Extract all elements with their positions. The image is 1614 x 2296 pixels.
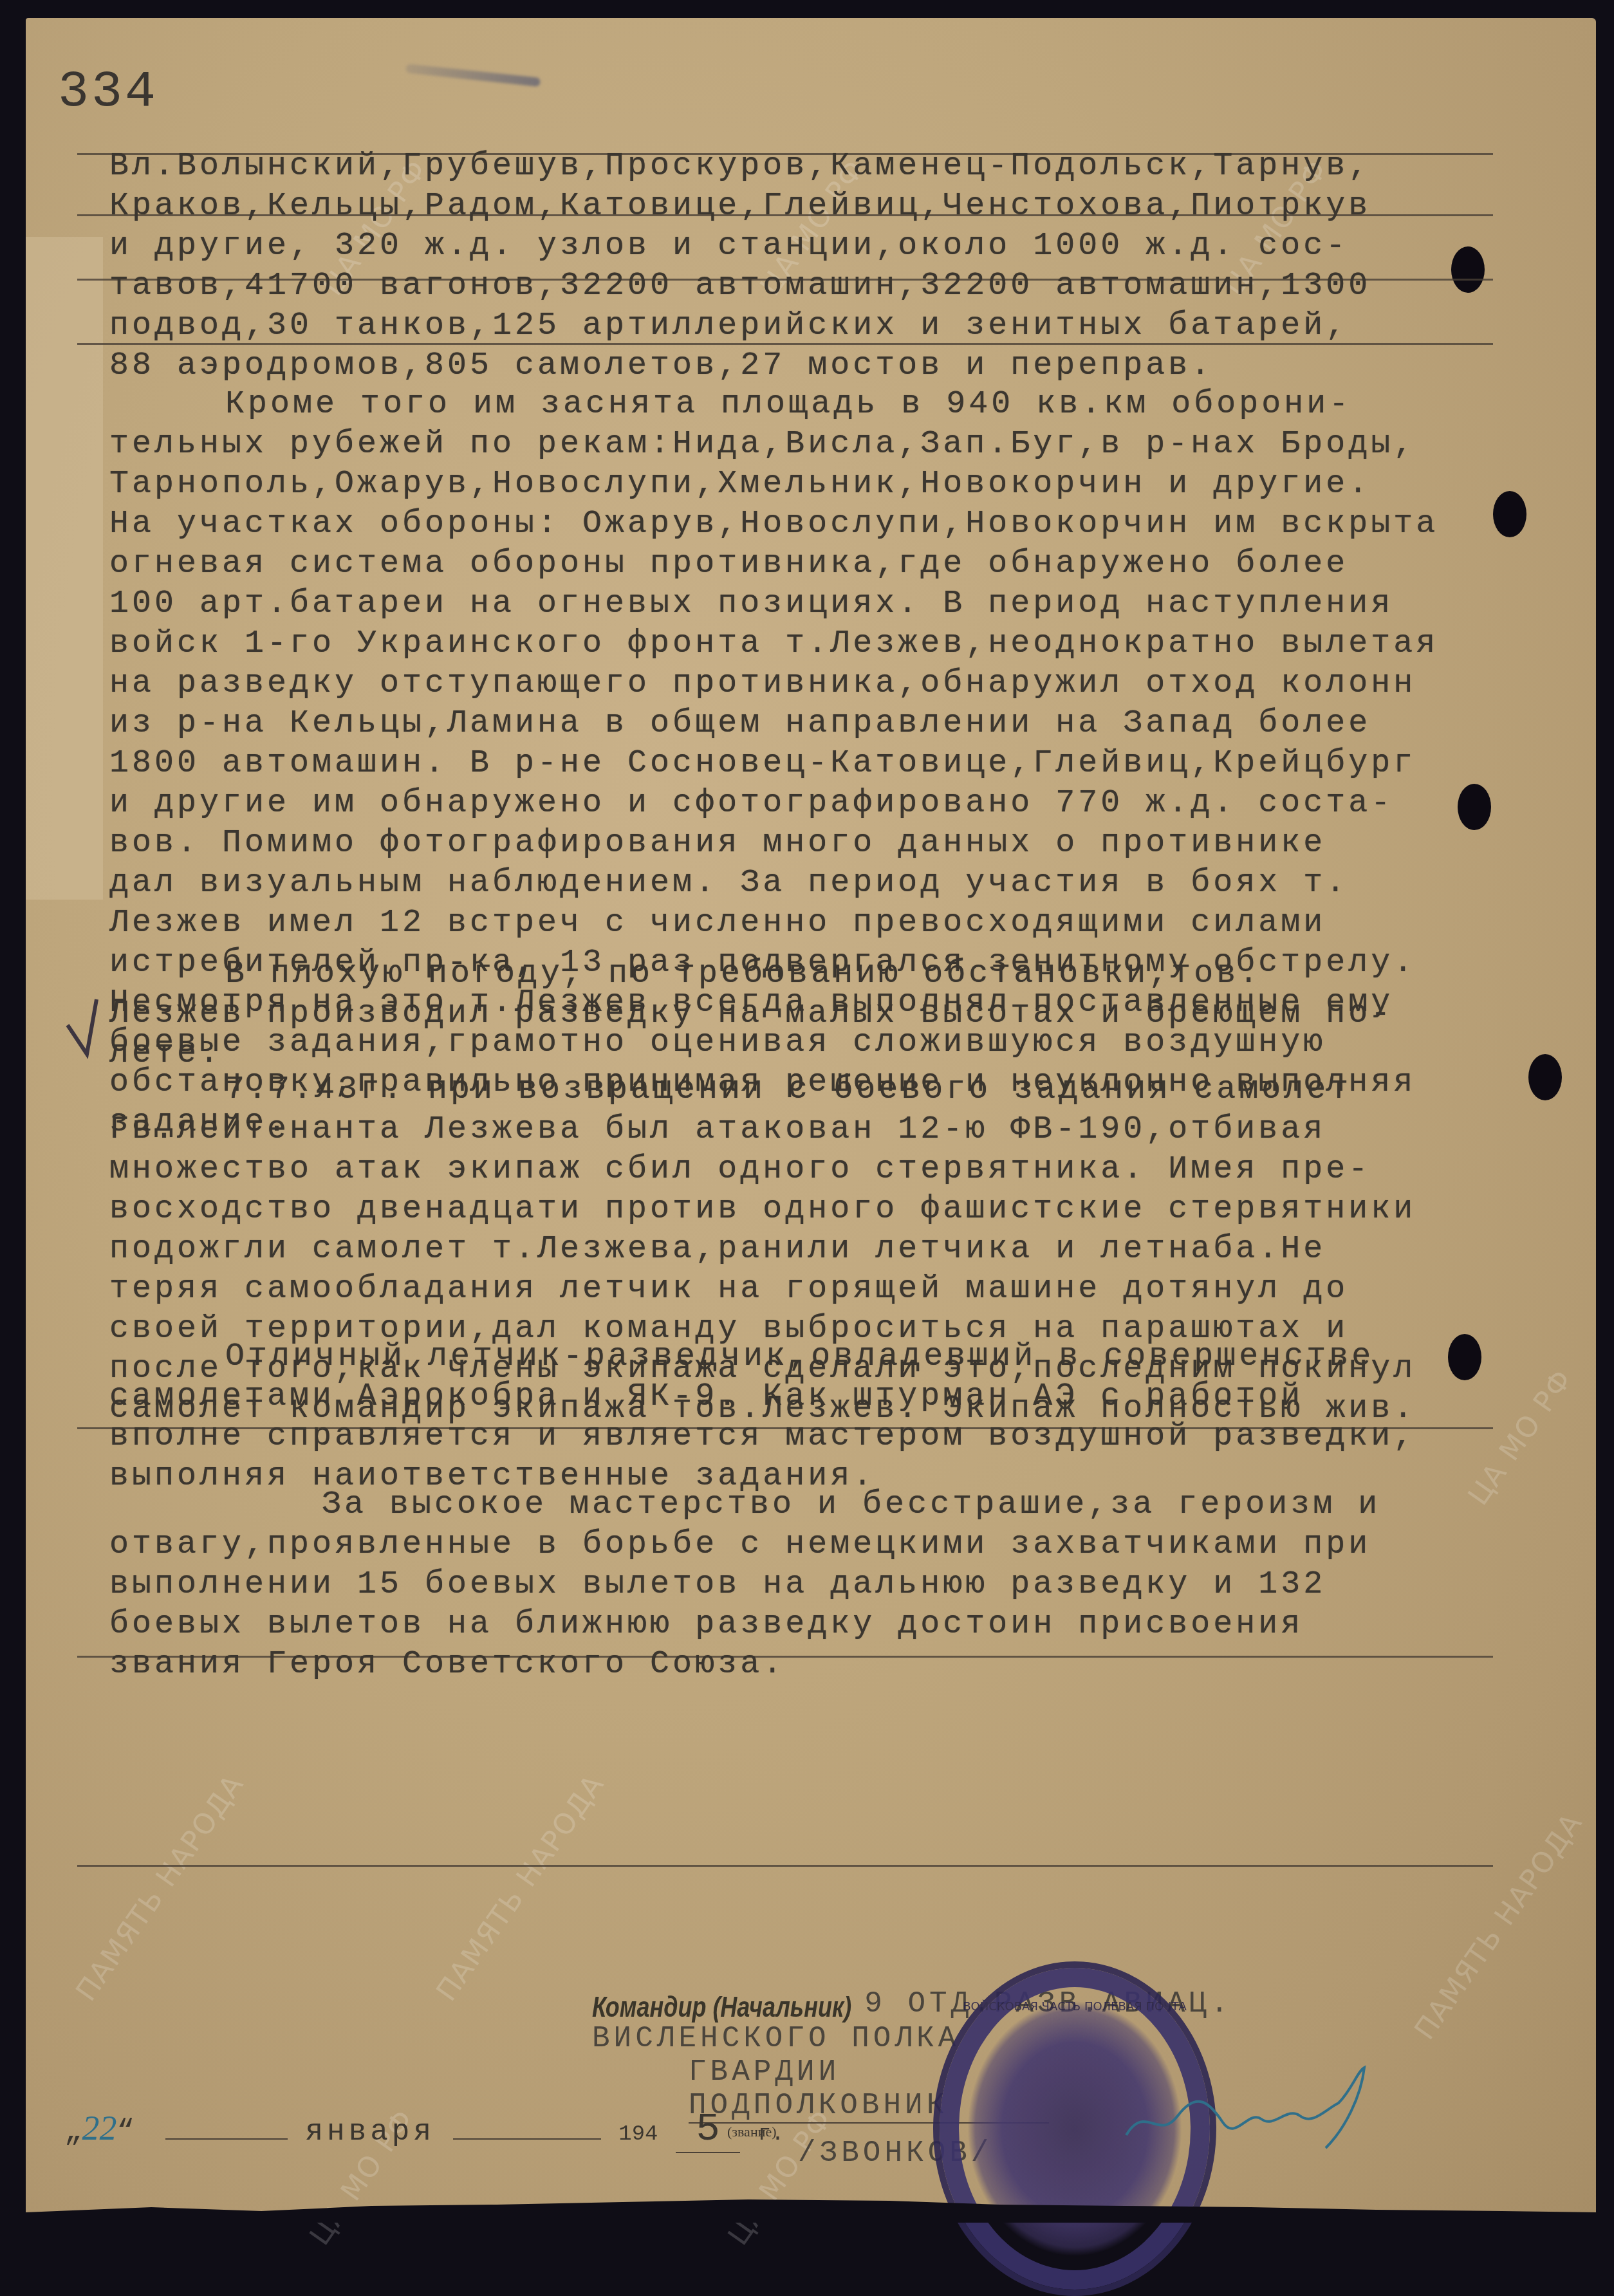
text-line: лете. (109, 1034, 1551, 1074)
text-line: Лезжев производил разведку на малых высо… (109, 994, 1551, 1034)
text-line: боевых вылетов на ближнюю разведку досто… (109, 1605, 1551, 1645)
text-line: Вл.Волынский,Грубешув,Проскуров,Каменец-… (109, 147, 1551, 187)
paragraph-6: За высокое мастерство и бесстрашие,за ге… (109, 1485, 1551, 1685)
text-line: и другие, 320 ж.д. узлов и станции,около… (109, 227, 1551, 266)
document-date: „22“ января 194 5 г. (64, 2106, 784, 2153)
document-page: 334 ЦА МО РФ ЦА МО РФ ЦА МО РФ ЦА МО РФ … (26, 18, 1596, 2219)
text-line: огневая система обороны противника,где о… (109, 544, 1551, 584)
text-line: на разведку отступающего противника,обна… (109, 664, 1551, 704)
paragraph-1: Вл.Волынский,Грубешув,Проскуров,Каменец-… (109, 147, 1551, 386)
text-line: 88 аэродромов,805 самолетов,27 мостов и … (109, 346, 1551, 386)
text-line: войск 1-го Украинского фронта т.Лезжев,н… (109, 624, 1551, 664)
watermark: ПАМЯТЬ НАРОДА (70, 1768, 250, 2007)
text-line: На участках обороны: Ожарув,Новослупи,Но… (109, 505, 1551, 544)
text-line: самолетами Аэрокобра и ЯК-9. Как штурман… (109, 1377, 1551, 1417)
margin-checkmark (64, 996, 116, 1064)
text-line: множество атак экипаж сбил одного стервя… (109, 1150, 1551, 1190)
text-line: 1800 автомашин. В р-не Сосновец-Катовице… (109, 744, 1551, 784)
text-line: вов. Помимо фотографирования много данны… (109, 824, 1551, 864)
text-line: звания Героя Советского Союза. (109, 1645, 1551, 1685)
text-line: вполне справляется и является мастером в… (109, 1417, 1551, 1457)
date-year-prefix: 194 (618, 2122, 658, 2147)
text-line: Тарнополь,Ожарув,Новослупи,Хмельник,Ново… (109, 465, 1551, 505)
text-line: Гв.лейтенанта Лезжева был атакован 12-ю … (109, 1110, 1551, 1150)
text-line: Отличный летчик-разведчик,овладевший в с… (109, 1337, 1551, 1377)
text-line: подожгли самолет т.Лезжева,ранили летчик… (109, 1230, 1551, 1270)
date-year-suffix: 5 (676, 2106, 740, 2153)
paragraph-3: В плохую погоду, по требованию обстановк… (109, 954, 1551, 1074)
commander-title: Командир (Начальник) (592, 1990, 851, 2024)
text-line: теряя самообладания летчик на горящей ма… (109, 1270, 1551, 1310)
text-line: дал визуальным наблюдением. За период уч… (109, 864, 1551, 903)
text-line: подвод,30 танков,125 артиллерийских и зе… (109, 306, 1551, 346)
text-line: восходство двенадцати против одного фаши… (109, 1190, 1551, 1230)
text-line: Кроме того им заснята площадь в 940 кв.к… (109, 385, 1551, 425)
handwritten-signature (1120, 2064, 1390, 2154)
page-number: 334 (58, 63, 158, 122)
text-line: отвагу,проявленные в борьбе с немецкими … (109, 1525, 1551, 1565)
text-line: и другие им обнаружено и сфотографирован… (109, 784, 1551, 824)
date-year-unit: г. (758, 2122, 784, 2147)
ink-smudge (405, 64, 541, 87)
date-month: января (305, 2115, 435, 2149)
text-line: За высокое мастерство и бесстрашие,за ге… (109, 1485, 1551, 1525)
text-line: 7.7.43г. при возвращении с боевого задан… (109, 1070, 1551, 1110)
watermark: ПАМЯТЬ НАРОДА (430, 1768, 611, 2007)
paragraph-5: Отличный летчик-разведчик,овладевший в с… (109, 1337, 1551, 1497)
text-line: 100 арт.батареи на огневых позициях. В п… (109, 584, 1551, 624)
text-line: выполнении 15 боевых вылетов на дальнюю … (109, 1565, 1551, 1605)
text-line: тавов,41700 вагонов,32200 автомашин,3220… (109, 266, 1551, 306)
text-line: из р-на Кельцы,Ламина в общем направлени… (109, 704, 1551, 744)
watermark: ПАМЯТЬ НАРОДА (1408, 1807, 1589, 2046)
text-line: Краков,Кельцы,Радом,Катовице,Глейвиц,Чен… (109, 187, 1551, 227)
ruled-line (77, 1865, 1493, 1867)
date-day: 22 (82, 2109, 117, 2147)
text-line: тельных рубежей по рекам:Нида,Висла,Зап.… (109, 425, 1551, 465)
paper-fold-strip (26, 237, 103, 900)
text-line: Лезжев имел 12 встреч с численно превосх… (109, 903, 1551, 943)
text-line: В плохую погоду, по требованию обстановк… (109, 954, 1551, 994)
